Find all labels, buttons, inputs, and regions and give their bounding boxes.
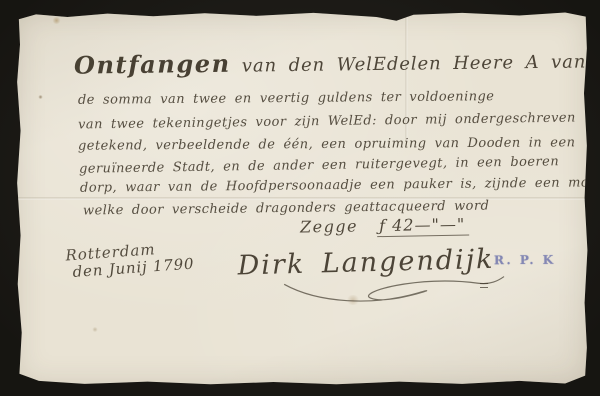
receipt-body-line: de somma van twee en veertig guldens ter…: [78, 89, 495, 108]
signature-block: Dirk Langendijk: [237, 243, 508, 309]
photo-background: Ontfangen van den WelEdelen Heere A van …: [0, 0, 600, 396]
stain-spot: [52, 17, 61, 24]
receipt-body-line: geruïneerde Stadt, en de ander een ruite…: [79, 154, 559, 177]
stain-spot: [92, 327, 98, 332]
receipt-paper: Ontfangen van den WelEdelen Heere A van …: [16, 11, 588, 385]
horizontal-fold-crease: [16, 197, 588, 200]
amount-value: ƒ 42—"—": [377, 215, 469, 238]
receipt-body-line: van twee tekeningetjes voor zijn WelEd: …: [78, 111, 576, 133]
amount-line: Zegge ƒ 42—"—": [300, 215, 470, 237]
receipt-body-line: dorp, waar van de Hoofdpersoonaadje een …: [80, 175, 600, 195]
place-date-block: Rotterdam den Junij 1790: [65, 239, 195, 282]
signature-flourish: [278, 268, 509, 308]
receipt-body-line: getekend, verbeeldende de één, een oprui…: [78, 135, 575, 153]
title-lead-word: Ontfangen: [74, 49, 231, 80]
stain-spot: [38, 95, 43, 99]
receipt-title-line: Ontfangen van den WelEdelen Heere A van …: [74, 43, 600, 79]
title-rest-text: van den WelEdelen Heere A van Bussing: [242, 50, 600, 76]
collection-stamp: R. P. K: [494, 253, 556, 268]
ink-mark: [480, 283, 488, 288]
amount-label: Zegge: [300, 216, 358, 236]
